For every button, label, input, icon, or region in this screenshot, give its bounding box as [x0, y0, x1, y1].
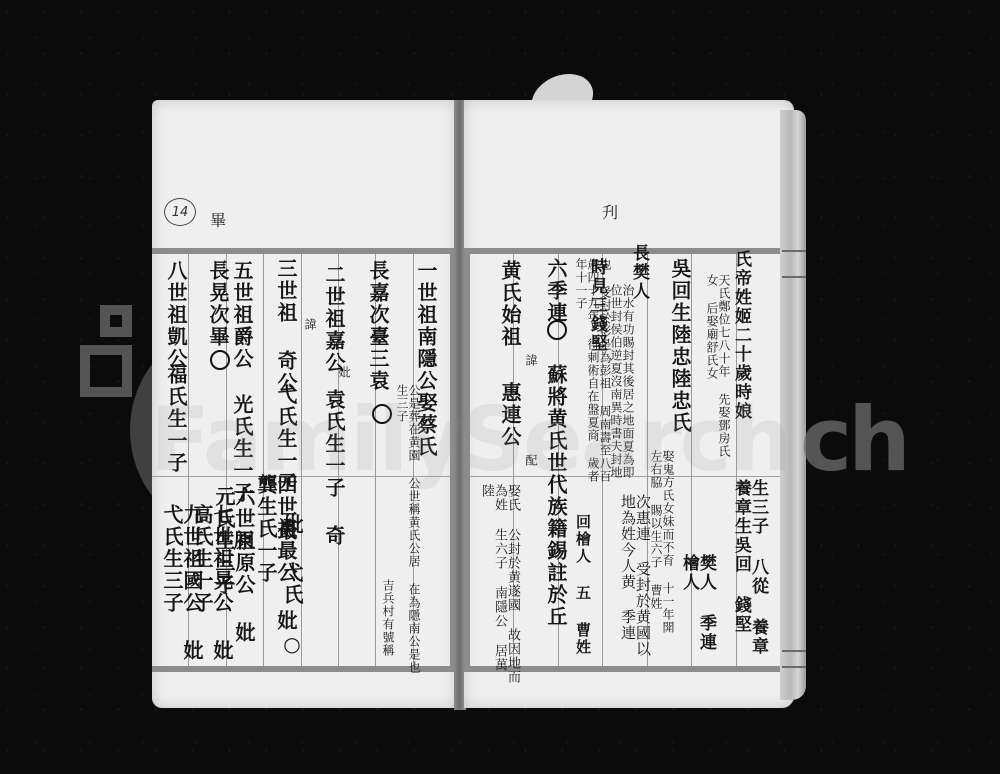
- left-page-frame: 一世祖南隱公娶蔡氏 公是葬在黄園 公世稱黄氏公居 在為隱南公是也 生三子 吉兵村…: [152, 248, 456, 672]
- note-rcol-3: 治水有功賜封其後居之地面夏為即 位世封侯伯逆夏沒南異時書夫封地: [610, 284, 634, 484]
- note-rcol-2: 娶鬼方氏女妹而不育 十一年開左右脇 賜以生六子 曹姓: [650, 450, 674, 640]
- right-page: 刋 氏帝姓姬二十歲時娘 天氏鄭位七八十年 先娶鄧房氏女 后娶廟舒氏女 生三子 八…: [464, 100, 794, 708]
- text-col-7: 長晃次畢: [208, 260, 228, 348]
- note-rcol-6c: 娶氏 公封於黄遂國 故因地而為姓 生六子 南隱公 居萬陸: [480, 484, 519, 684]
- note-rcol-3b: 次惠連 受封於黄國以 地為姓今人黄 季連: [620, 494, 650, 674]
- note-col-1b: 吉兵村有號稱: [382, 579, 394, 657]
- page-stack-edge: [780, 110, 806, 700]
- text-rcol-4b: 回檜人 五 曹姓: [575, 514, 590, 656]
- text-col-8c: 九世祖國公 妣 弋氏生三子: [162, 504, 202, 666]
- note-rcol-1: 天氏鄭位七八十年 先娶鄧房氏女 后娶廟舒氏女: [706, 274, 730, 464]
- watermark-logo-square-large: [80, 345, 132, 397]
- book-spread: 14 畢 一世祖南隱公娶蔡氏 公是葬在黄園 公世稱黄氏公居 在為隱南公是也 生三…: [152, 100, 807, 710]
- text-rcol-1: 氏帝姓姬二十歲時娘: [732, 250, 749, 421]
- text-col-5c: 四世祖最公 妣 龔生氏一子: [256, 474, 296, 666]
- text-rcol-1b: 生三子 八從 養章 養章生吳回 錢堅: [732, 479, 766, 689]
- text-col-8: 八世祖凱公: [166, 260, 186, 370]
- note-rcol-6: 諱: [525, 354, 537, 367]
- text-rcol-2b: 樊人 季連 檜人: [680, 554, 714, 666]
- left-page-header-char: 畢: [210, 208, 226, 231]
- circle-mark: [547, 320, 567, 344]
- text-rcol-5b: 蘇將黄氏世代族籍錫註於丘: [546, 364, 566, 628]
- text-rcol-5: 六季連: [546, 258, 566, 324]
- note-col-3: 妣: [338, 366, 350, 379]
- left-page: 14 畢 一世祖南隱公娶蔡氏 公是葬在黄園 公世稱黄氏公居 在為隱南公是也 生三…: [152, 100, 456, 708]
- text-col-8b: 福氏生一子: [166, 364, 186, 474]
- right-page-frame: 氏帝姓姬二十歲時娘 天氏鄭位七八十年 先娶鄧房氏女 后娶廟舒氏女 生三子 八從 …: [464, 248, 780, 672]
- text-rcol-6: 黄氏始祖: [500, 260, 520, 348]
- note-rcol-6b: 配: [525, 454, 537, 467]
- circle-mark: [372, 404, 392, 428]
- text-col-5: 三世祖 奇公: [276, 258, 296, 394]
- text-col-3: 二世祖嘉公: [324, 264, 344, 374]
- watermark-logo-square-small: [100, 305, 132, 337]
- page-number-circle: 14: [164, 198, 196, 226]
- note-col-4: 諱: [304, 318, 316, 331]
- text-rcol-2: 吳回生陸忠陸忠氏: [670, 258, 690, 434]
- circle-mark: [210, 350, 230, 374]
- text-col-2: 長嘉次臺三袁: [368, 260, 388, 392]
- text-col-6: 五世祖爵公: [232, 260, 252, 370]
- text-rcol-6b: 惠連公: [500, 382, 520, 448]
- right-page-header-char: 刋: [602, 200, 618, 223]
- note-col-1: 公是葬在黄園 公世稱黄氏公居 在為隱南公是也 生三子: [396, 384, 420, 684]
- text-col-3b: 袁氏生一子 奇: [324, 389, 344, 547]
- text-rcol-4: 時見三錢堅: [588, 258, 605, 353]
